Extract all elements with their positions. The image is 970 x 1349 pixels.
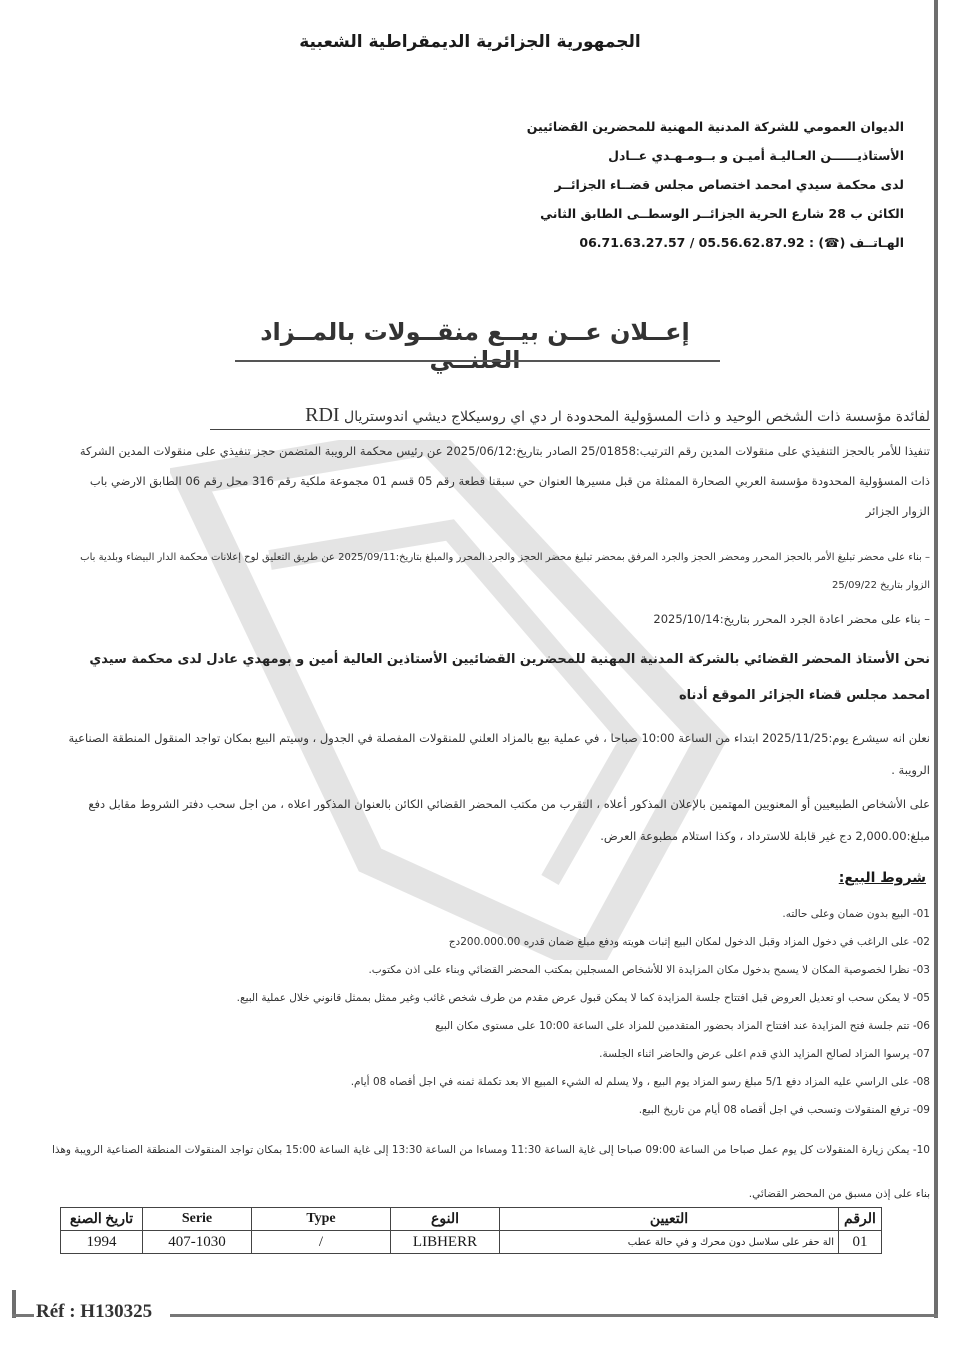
condition-item: 01- البيع بدون ضمان وعلى حالته.	[50, 900, 930, 928]
office-line: الديوان العمومي للشركة المدنية المهنية ل…	[524, 112, 904, 141]
bailiff-office-block: الديوان العمومي للشركة المدنية المهنية ل…	[524, 112, 904, 257]
bailiff-statement: نحن الأستاذ المحضر القضائي بالشركة المدن…	[60, 642, 930, 714]
col-designation: التعيين	[500, 1208, 839, 1231]
office-line: الكائن ب 28 شارع الحرية الجزائــر الوسطـ…	[524, 199, 904, 228]
condition-item: 10- يمكن زيارة المنقولات كل يوم عمل صباح…	[50, 1128, 930, 1216]
office-phone-line: الهـاتــف (☎) : 05.56.62.87.92 / 06.71.6…	[524, 228, 904, 257]
execution-order-paragraph: تنفيذا للأمر بالحجز التنفيذي على منقولات…	[60, 436, 930, 526]
notification-paragraph: – بناء على محضر تبليغ الأمر بالحجز المحر…	[60, 544, 930, 600]
tender-invitation: على الأشخاص الطبيعيين أو المعنويين المهت…	[60, 788, 930, 852]
table-row: 01 الة حفر على سلاسل دون محرك و في حالة …	[61, 1231, 882, 1254]
page-border-right	[934, 0, 938, 1318]
table-header-row: الرقم التعيين النوع Type Serie تاريخ الص…	[61, 1208, 882, 1231]
col-serie: Serie	[143, 1208, 252, 1231]
office-line: لدى محكمة سيدي امحمد اختصاص مجلس قضــاء …	[524, 170, 904, 199]
reference-number: Réf : H130325	[36, 1301, 152, 1323]
beneficiary-latin: RDI	[305, 404, 339, 426]
page-title: إعــلان عــن بيــع منقــولات بالمــزاد ا…	[230, 318, 720, 374]
condition-item: 05- لا يمكن سحب او تعديل العروض قبل افتت…	[50, 984, 930, 1012]
country-header: الجمهورية الجزائرية الديمقراطية الشعبية	[260, 32, 680, 52]
condition-item: 06- تتم جلسة فتح المزايدة عند افتتاح الم…	[50, 1012, 930, 1040]
cell-number: 01	[839, 1231, 882, 1254]
title-underline	[235, 360, 720, 362]
sale-conditions-title: شروط البيع:	[839, 870, 926, 886]
col-type: Type	[252, 1208, 391, 1231]
page-border-corner	[12, 1314, 34, 1317]
items-table: الرقم التعيين النوع Type Serie تاريخ الص…	[60, 1207, 882, 1254]
col-manufacture-date: تاريخ الصنع	[61, 1208, 143, 1231]
reinventory-paragraph: – بناء على محضر اعادة الجرد المحرر بتاري…	[60, 604, 930, 634]
cell-brand: LIBHERR	[391, 1231, 500, 1254]
beneficiary-text: لفائدة مؤسسة ذات الشخص الوحيد و ذات المس…	[344, 409, 930, 425]
cell-manufacture-date: 1994	[61, 1231, 143, 1254]
page-border-bottom	[170, 1314, 938, 1317]
col-number: الرقم	[839, 1208, 882, 1231]
condition-item: 07- يرسوا المزاد لصالح المزايد الذي قدم …	[50, 1040, 930, 1068]
condition-item: 09- ترفع المنقولات وتسحب في اجل أقصاه 08…	[50, 1096, 930, 1124]
condition-item: 08- على الراسي عليه المزاد دفع 5/1 مبلغ …	[50, 1068, 930, 1096]
office-line: الأستاذيــــــن العـاليـة أميـن و بــومـ…	[524, 141, 904, 170]
condition-item: 03- نظرا لخصوصية المكان لا يسمح بدخول مك…	[50, 956, 930, 984]
condition-item: 02- على الراغب في دخول المزاد وقبل الدخو…	[50, 928, 930, 956]
cell-designation: الة حفر على سلاسل دون محرك و في حالة عطب	[500, 1231, 839, 1254]
beneficiary-line: لفائدة مؤسسة ذات الشخص الوحيد و ذات المس…	[210, 404, 930, 430]
cell-type: /	[252, 1231, 391, 1254]
sale-announcement: نعلن انه سيشرع يوم:2025/11/25 ابتداء من …	[60, 722, 930, 786]
col-brand: النوع	[391, 1208, 500, 1231]
cell-serie: 407-1030	[143, 1231, 252, 1254]
